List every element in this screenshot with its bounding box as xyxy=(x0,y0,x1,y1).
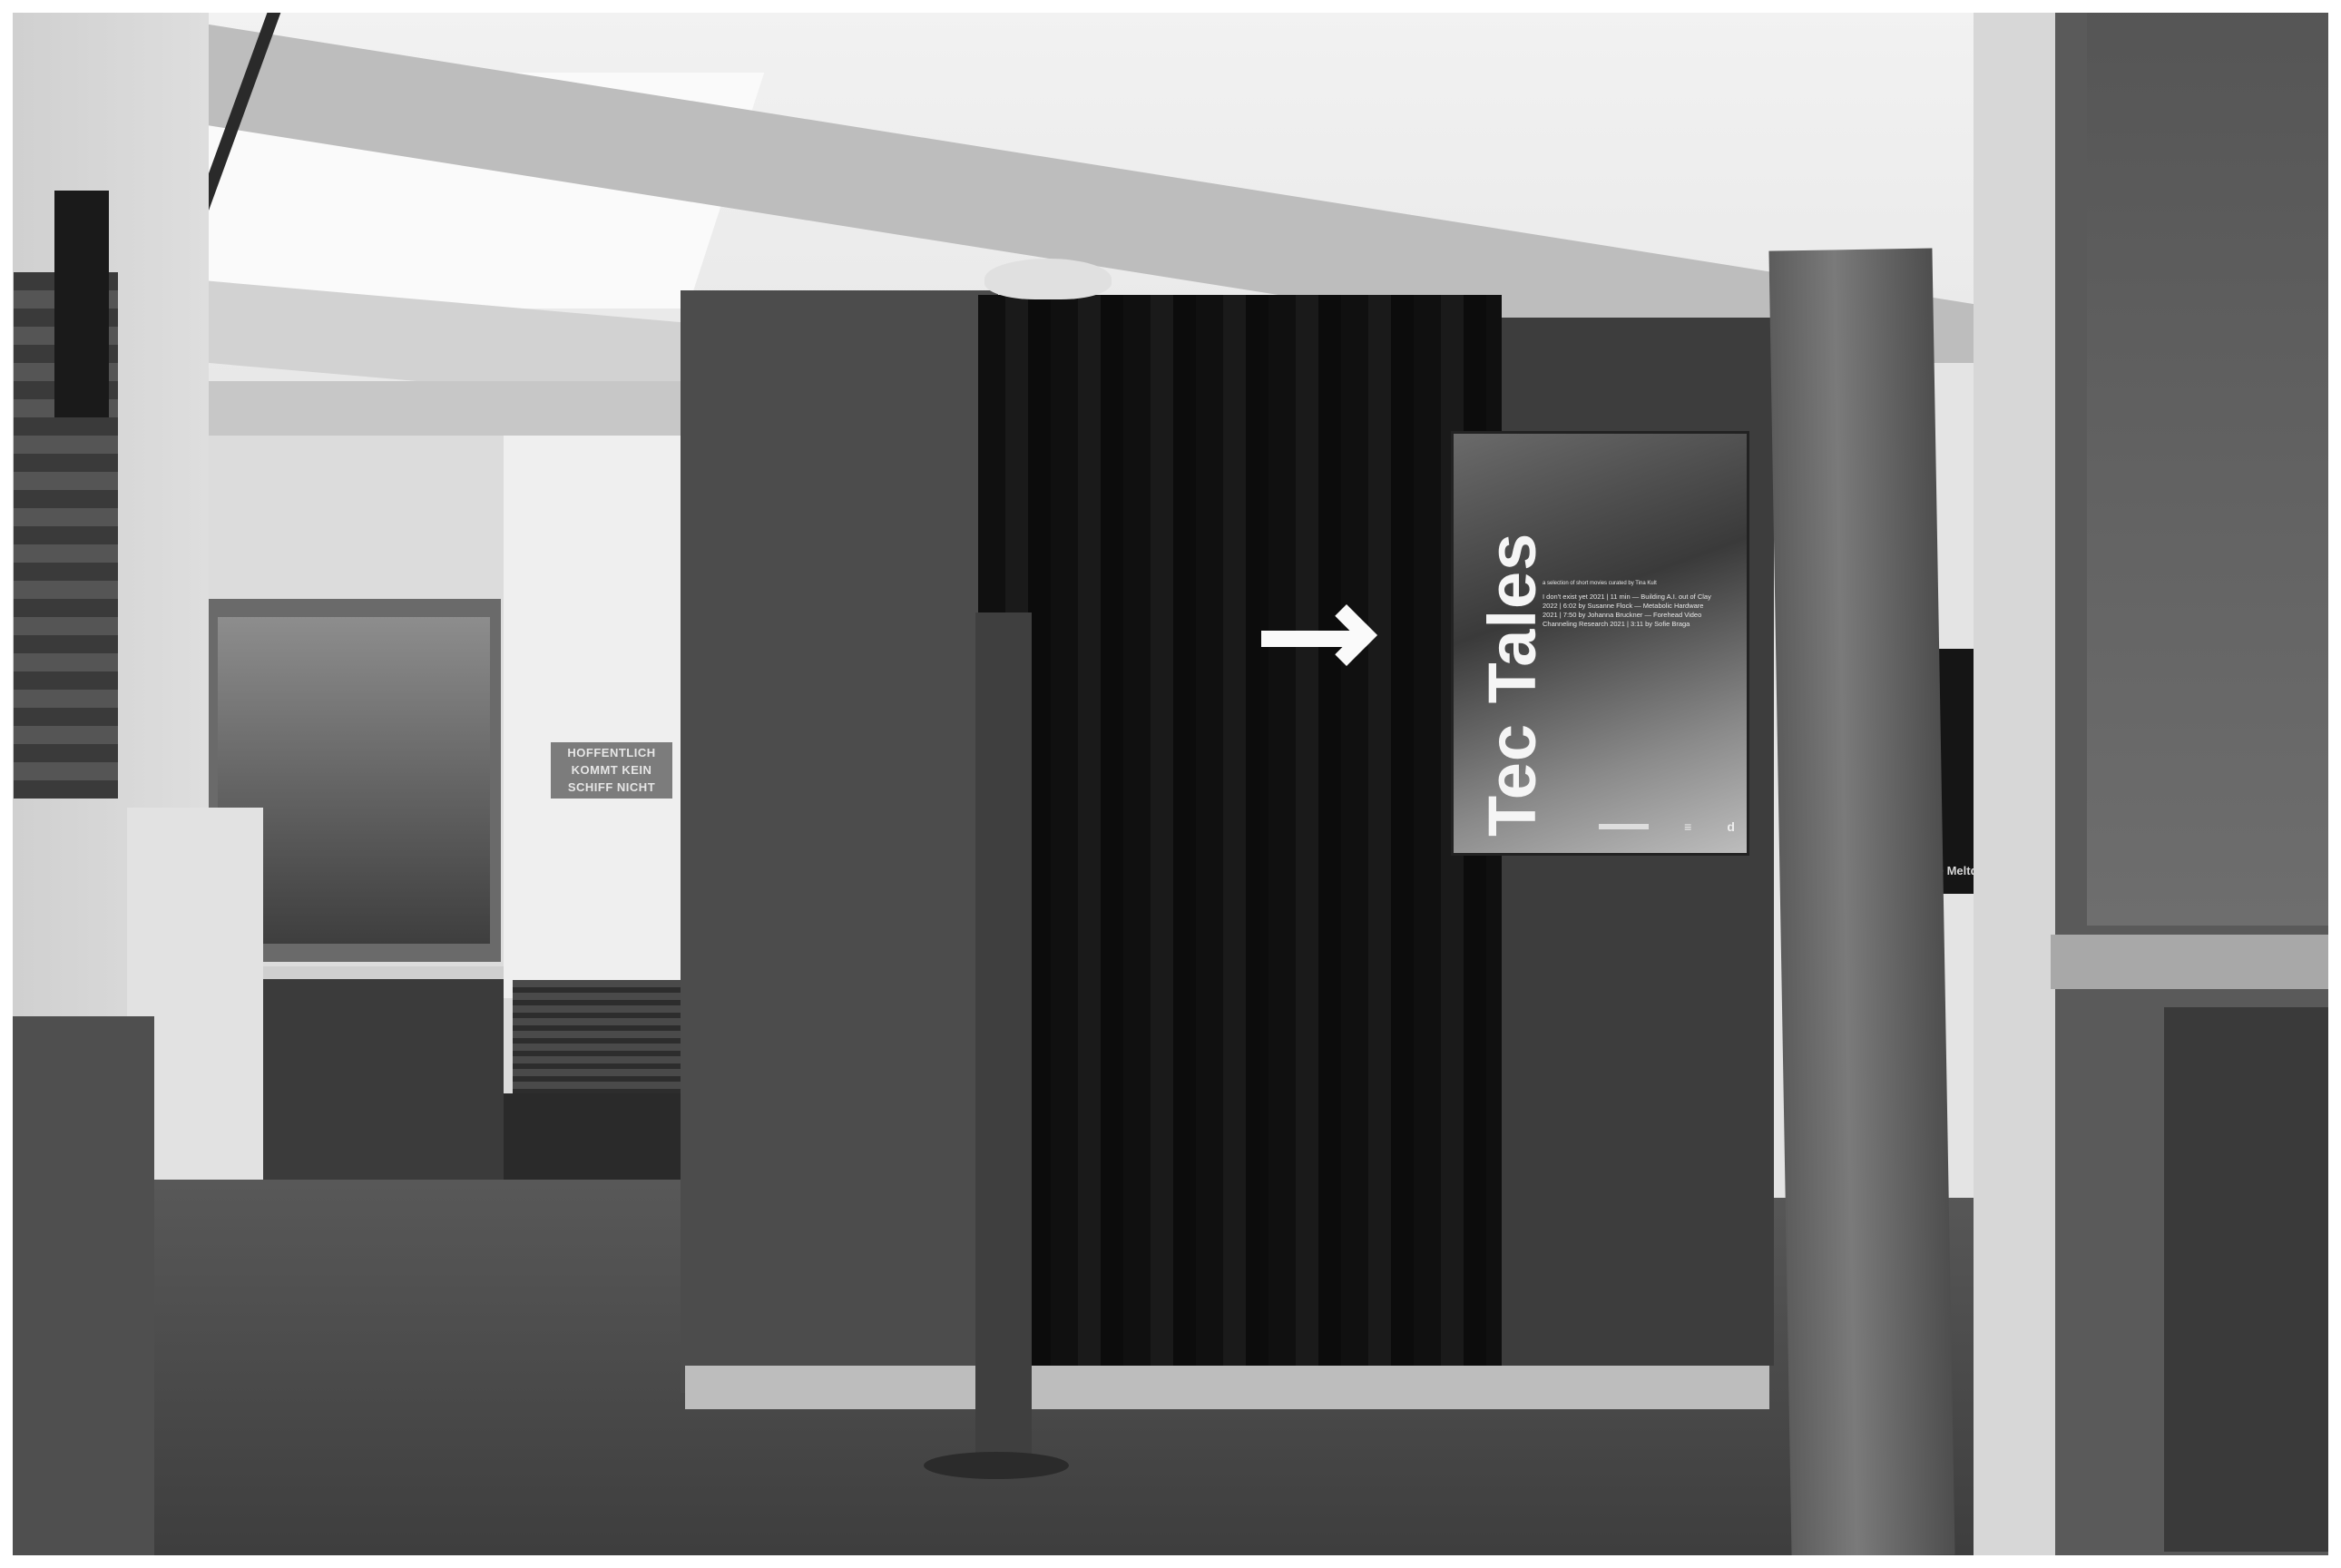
poster-entry: Channeling Research 2021 | 3:11 by Sofie… xyxy=(1543,620,1733,629)
d-logo: d xyxy=(1727,819,1735,834)
booth-base xyxy=(685,1366,1769,1409)
door-hinge xyxy=(2051,935,2341,989)
wall-sign: HOFFENTLICH KOMMT KEIN SCHIFF NICHT xyxy=(551,742,672,799)
pole-base xyxy=(924,1452,1069,1479)
poster-logos: ≡ d xyxy=(1599,818,1735,835)
ceiling-lamp xyxy=(984,259,1112,299)
partner-logo-icon xyxy=(1599,824,1649,829)
photograph: HOFFENTLICH KOMMT KEIN SCHIFF NICHT is t… xyxy=(0,0,2341,1568)
door-panel xyxy=(2164,1007,2341,1552)
sign-line: KOMMT KEIN xyxy=(551,761,672,779)
poster-body: a selection of short movies curated by T… xyxy=(1543,579,1733,629)
front-pole xyxy=(975,612,1032,1465)
poster-entry: I don't exist yet 2021 | 11 min — Buildi… xyxy=(1543,593,1733,602)
menu-glyph-icon: ≡ xyxy=(1684,819,1691,834)
arrow-right-icon xyxy=(1261,606,1379,670)
leaning-panel xyxy=(0,1016,154,1568)
back-wall-white xyxy=(504,436,694,998)
door-frame xyxy=(1974,0,2055,1568)
poster-entry: 2021 | 7:50 by Johanna Bruckner — Forehe… xyxy=(1543,611,1733,620)
poster-entry: 2022 | 6:02 by Susanne Flock — Metabolic… xyxy=(1543,602,1733,611)
wooden-post xyxy=(1768,249,1954,1558)
poster-title: Tec Tales xyxy=(1479,533,1546,837)
tec-tales-poster: Tec Tales a selection of short movies cu… xyxy=(1454,434,1747,853)
bench-back xyxy=(513,980,690,1093)
booth-left-panel xyxy=(681,290,998,1393)
poster-curated-line: a selection of short movies curated by T… xyxy=(1543,579,1733,588)
booth-curtain xyxy=(978,295,1502,1366)
sign-line: HOFFENTLICH xyxy=(551,744,672,761)
sign-line: SCHIFF NICHT xyxy=(551,779,672,796)
wall-frame xyxy=(54,191,109,417)
door-panel xyxy=(2087,0,2341,926)
